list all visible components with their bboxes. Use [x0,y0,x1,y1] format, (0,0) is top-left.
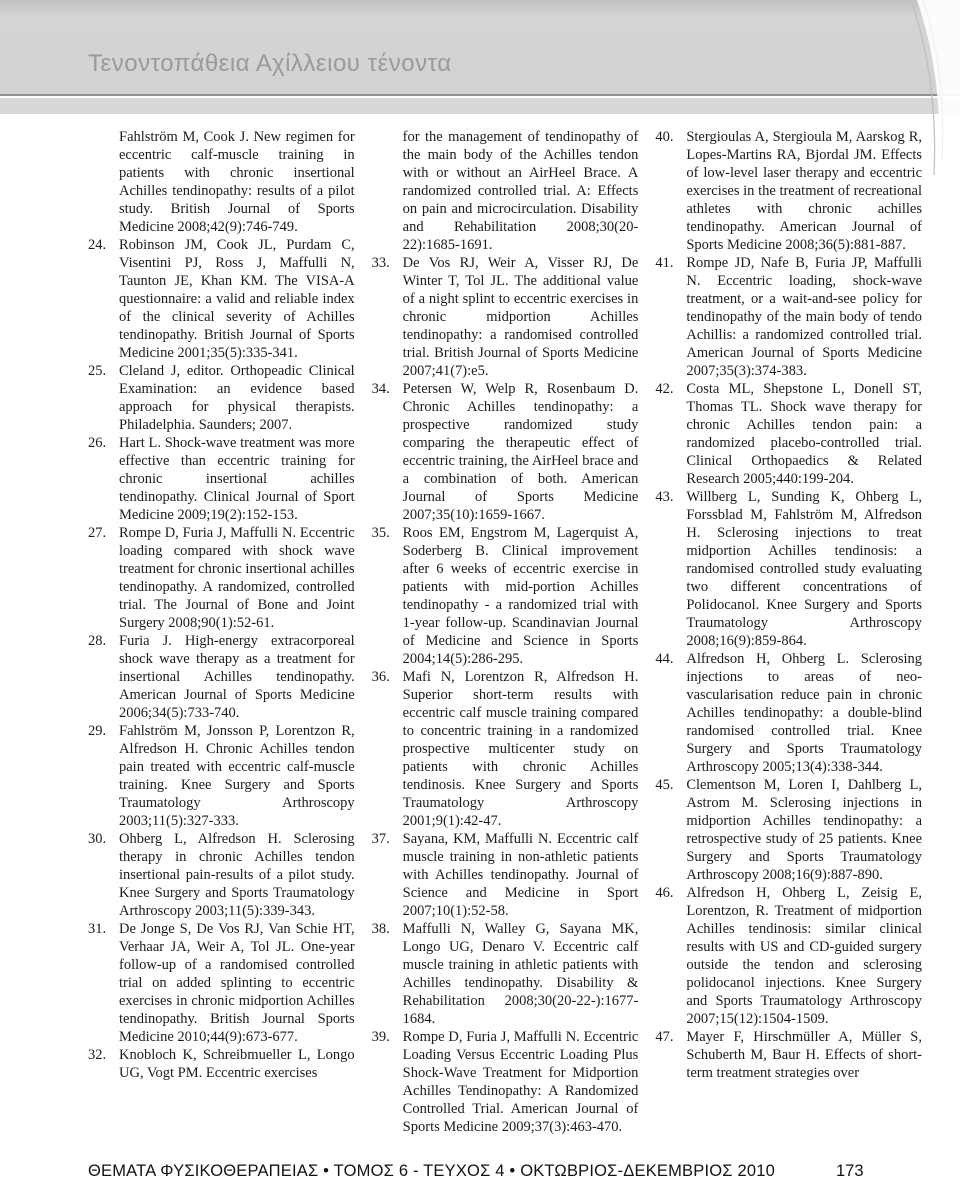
reference-item: 40.Stergioulas A, Stergioula M, Aarskog … [655,128,922,254]
reference-number: 29. [88,722,106,740]
reference-item: 31.De Jonge S, De Vos RJ, Van Schie HT, … [88,920,355,1046]
reference-column-3: 40.Stergioulas A, Stergioula M, Aarskog … [655,128,922,1136]
page-footer: ΘΕΜΑΤΑ ΦΥΣΙΚΟΘΕΡΑΠΕΙΑΣ • ΤΟΜΟΣ 6 - ΤΕΥΧΟ… [0,1162,960,1186]
reference-number: 25. [88,362,106,380]
reference-number: 40. [655,128,673,146]
reference-number: 36. [372,668,390,686]
reference-item: 37.Sayana, KM, Maffulli N. Eccentric cal… [372,830,639,920]
reference-number: 44. [655,650,673,668]
reference-item: 29.Fahlström M, Jonsson P, Lorentzon R, … [88,722,355,830]
reference-item: 24.Robinson JM, Cook JL, Purdam C, Visen… [88,236,355,362]
reference-text: Roos EM, Engstrom M, Lagerquist A, Soder… [403,525,639,667]
reference-item: 33.De Vos RJ, Weir A, Visser RJ, De Wint… [372,254,639,380]
reference-item: 39.Rompe D, Furia J, Maffulli N. Eccentr… [372,1028,639,1136]
reference-number: 45. [655,776,673,794]
reference-text: Petersen W, Welp R, Rosenbaum D. Chronic… [403,381,639,523]
reference-item: 32.Knobloch K, Schreibmueller L, Longo U… [88,1046,355,1082]
reference-number: 47. [655,1028,673,1046]
reference-text: Alfredson H, Ohberg L. Sclerosing inject… [686,651,922,775]
reference-column-2: for the management of tendinopathy of th… [372,128,639,1136]
reference-item: 28.Furia J. High-energy extracorporeal s… [88,632,355,722]
reference-text: Fahlström M, Jonsson P, Lorentzon R, Alf… [119,723,355,829]
reference-text: Robinson JM, Cook JL, Purdam C, Visentin… [119,237,355,361]
reference-item: for the management of tendinopathy of th… [372,128,639,254]
page-header: Τενοντοπάθεια Αχίλλειου τένοντα [0,0,960,96]
reference-item: 47.Mayer F, Hirschmüller A, Müller S, Sc… [655,1028,922,1082]
reference-item: Fahlström M, Cook J. New regimen for ecc… [88,128,355,236]
reference-number: 24. [88,236,106,254]
reference-text: De Jonge S, De Vos RJ, Van Schie HT, Ver… [119,921,355,1045]
reference-number: 46. [655,884,673,902]
reference-text: Alfredson H, Ohberg L, Zeisig E, Lorentz… [686,885,922,1027]
reference-number: 30. [88,830,106,848]
journal-page: Τενοντοπάθεια Αχίλλειου τένοντα Fahlströ… [0,0,960,1202]
reference-text: for the management of tendinopathy of th… [403,129,639,253]
reference-text: Ohberg L, Alfredson H. Sclerosing therap… [119,831,355,919]
reference-number: 28. [88,632,106,650]
reference-item: 36.Mafi N, Lorentzon R, Alfredson H. Sup… [372,668,639,830]
reference-text: Hart L. Shock-wave treatment was more ef… [119,435,355,523]
reference-number: 34. [372,380,390,398]
references-section: Fahlström M, Cook J. New regimen for ecc… [0,128,960,1136]
header-band-lower [0,98,960,114]
reference-item: 43.Willberg L, Sunding K, Ohberg L, Fors… [655,488,922,650]
reference-item: 26.Hart L. Shock-wave treatment was more… [88,434,355,524]
reference-text: De Vos RJ, Weir A, Visser RJ, De Winter … [403,255,639,379]
reference-number: 26. [88,434,106,452]
reference-text: Willberg L, Sunding K, Ohberg L, Forssbl… [686,489,922,649]
reference-text: Cleland J, editor. Orthopeadic Clinical … [119,363,355,433]
reference-number: 42. [655,380,673,398]
reference-text: Rompe JD, Nafe B, Furia JP, Maffulli N. … [686,255,922,379]
reference-text: Costa ML, Shepstone L, Donell ST, Thomas… [686,381,922,487]
reference-item: 34.Petersen W, Welp R, Rosenbaum D. Chro… [372,380,639,524]
reference-number: 35. [372,524,390,542]
reference-text: Mayer F, Hirschmüller A, Müller S, Schub… [686,1029,922,1081]
reference-number: 43. [655,488,673,506]
reference-item: 35.Roos EM, Engstrom M, Lagerquist A, So… [372,524,639,668]
reference-item: 44.Alfredson H, Ohberg L. Sclerosing inj… [655,650,922,776]
reference-number: 31. [88,920,106,938]
reference-item: 42.Costa ML, Shepstone L, Donell ST, Tho… [655,380,922,488]
reference-text: Furia J. High-energy extracorporeal shoc… [119,633,355,721]
reference-text: Mafi N, Lorentzon R, Alfredson H. Superi… [403,669,639,829]
reference-number: 37. [372,830,390,848]
reference-item: 27.Rompe D, Furia J, Maffulli N. Eccentr… [88,524,355,632]
reference-number: 33. [372,254,390,272]
reference-text: Rompe D, Furia J, Maffulli N. Eccentric … [403,1029,639,1135]
reference-item: 45.Clementson M, Loren I, Dahlberg L, As… [655,776,922,884]
reference-number: 27. [88,524,106,542]
reference-text: Fahlström M, Cook J. New regimen for ecc… [119,129,355,235]
reference-item: 46.Alfredson H, Ohberg L, Zeisig E, Lore… [655,884,922,1028]
page-title: Τενοντοπάθεια Αχίλλειου τένοντα [88,51,452,77]
reference-item: 25.Cleland J, editor. Orthopeadic Clinic… [88,362,355,434]
reference-text: Maffulli N, Walley G, Sayana MK, Longo U… [403,921,639,1027]
reference-number: 32. [88,1046,106,1064]
reference-number: 38. [372,920,390,938]
reference-item: 38.Maffulli N, Walley G, Sayana MK, Long… [372,920,639,1028]
page-number: 173 [836,1162,864,1181]
reference-column-1: Fahlström M, Cook J. New regimen for ecc… [88,128,355,1136]
reference-text: Sayana, KM, Maffulli N. Eccentric calf m… [403,831,639,919]
reference-number: 41. [655,254,673,272]
reference-item: 30.Ohberg L, Alfredson H. Sclerosing the… [88,830,355,920]
footer-journal-info: ΘΕΜΑΤΑ ΦΥΣΙΚΟΘΕΡΑΠΕΙΑΣ • ΤΟΜΟΣ 6 - ΤΕΥΧΟ… [88,1162,775,1181]
reference-text: Knobloch K, Schreibmueller L, Longo UG, … [119,1047,355,1081]
reference-item: 41.Rompe JD, Nafe B, Furia JP, Maffulli … [655,254,922,380]
reference-text: Stergioulas A, Stergioula M, Aarskog R, … [686,129,922,253]
reference-text: Clementson M, Loren I, Dahlberg L, Astro… [686,777,922,883]
reference-number: 39. [372,1028,390,1046]
reference-text: Rompe D, Furia J, Maffulli N. Eccentric … [119,525,355,631]
